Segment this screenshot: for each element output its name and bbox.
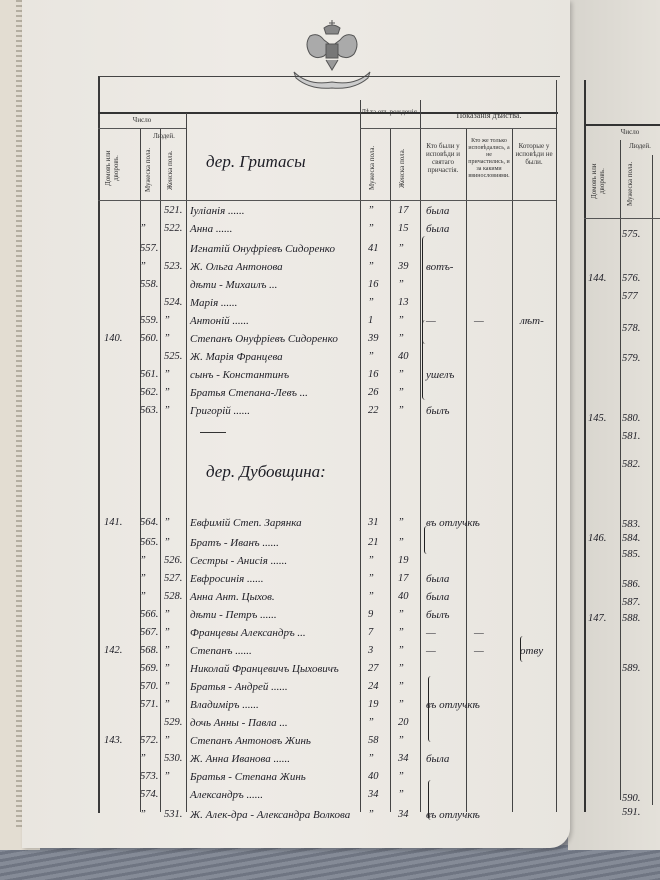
male-number: 559. bbox=[140, 315, 158, 326]
section-separator bbox=[200, 432, 226, 433]
female-number: ” bbox=[164, 609, 170, 620]
next-male-number: 582. bbox=[622, 459, 640, 470]
female-number: ” bbox=[164, 681, 170, 692]
header-bottom-rule bbox=[98, 200, 556, 201]
male-number: ” bbox=[140, 555, 146, 566]
col-divider-sex bbox=[160, 128, 161, 812]
female-number: ” bbox=[164, 387, 170, 398]
house-number: 140. bbox=[104, 333, 122, 344]
female-number: ” bbox=[164, 517, 170, 528]
age-female: ” bbox=[398, 699, 404, 710]
age-male: 16 bbox=[368, 369, 379, 380]
age-male: 26 bbox=[368, 387, 379, 398]
next-page-lyudey: Людей. bbox=[622, 142, 658, 150]
female-number: 528. bbox=[164, 591, 182, 602]
next-male-number: 585. bbox=[622, 549, 640, 560]
person-name: Николай Францевичъ Цыховичъ bbox=[190, 663, 339, 675]
next-male-number: 583. bbox=[622, 519, 640, 530]
person-name: Іуліанія ...... bbox=[190, 205, 244, 217]
male-number: ” bbox=[140, 261, 146, 272]
wooden-table-surface bbox=[0, 845, 660, 880]
age-female: 17 bbox=[398, 205, 409, 216]
age-female: ” bbox=[398, 663, 404, 674]
header-muzh: Мужеска пола. bbox=[144, 145, 158, 195]
age-male: ” bbox=[368, 591, 374, 602]
person-name: Братья Степана-Левъ ... bbox=[190, 387, 308, 399]
col-divider-age bbox=[390, 128, 391, 812]
male-number: 573. bbox=[140, 771, 158, 782]
age-male: 22 bbox=[368, 405, 379, 416]
note-col2: — bbox=[474, 627, 484, 639]
confession-note: была bbox=[426, 223, 449, 235]
age-female: ” bbox=[398, 517, 404, 528]
village-title-dubovshchina: дер. Дубовщина: bbox=[206, 462, 326, 482]
confession-note: — bbox=[426, 627, 436, 639]
age-female: ” bbox=[398, 369, 404, 380]
col-divider-right bbox=[556, 80, 557, 812]
col-divider-name bbox=[360, 100, 361, 812]
age-female: 40 bbox=[398, 591, 409, 602]
person-name: Игнатій Онуфріевъ Сидоренко bbox=[190, 243, 335, 255]
male-number: ” bbox=[140, 753, 146, 764]
age-male: ” bbox=[368, 205, 374, 216]
next-house-number: 147. bbox=[588, 613, 606, 624]
age-female: ” bbox=[398, 405, 404, 416]
header-leta: Лѣта отъ рожденія. bbox=[361, 108, 419, 116]
person-name: Степанъ Антоновъ Жинь bbox=[190, 735, 311, 747]
next-male-number: 586. bbox=[622, 579, 640, 590]
age-female: ” bbox=[398, 315, 404, 326]
person-name: Степанъ ...... bbox=[190, 645, 252, 657]
age-female: ” bbox=[398, 681, 404, 692]
female-number: ” bbox=[164, 405, 170, 416]
age-female: ” bbox=[398, 609, 404, 620]
female-number: ” bbox=[164, 771, 170, 782]
person-name: Ж. Ольга Антонова bbox=[190, 261, 283, 273]
person-name: Братъ - Иванъ ...... bbox=[190, 537, 279, 549]
header-pokazaniya: Показанія дѣйства. bbox=[422, 112, 556, 120]
female-number: ” bbox=[164, 663, 170, 674]
col-divider-people bbox=[186, 113, 187, 812]
age-female: 17 bbox=[398, 573, 409, 584]
age-male: ” bbox=[368, 717, 374, 728]
age-male: ” bbox=[368, 223, 374, 234]
note-col3: лѣт- bbox=[520, 315, 544, 327]
age-female: ” bbox=[398, 333, 404, 344]
male-number: 561. bbox=[140, 369, 158, 380]
person-name: Ж. Алек-дра - Александра Волкова bbox=[190, 809, 350, 821]
next-house-number: 144. bbox=[588, 273, 606, 284]
bracket-group-3 bbox=[424, 526, 430, 554]
age-male: 58 bbox=[368, 735, 379, 746]
person-name: дѣти - Михаилъ ... bbox=[190, 279, 277, 291]
next-male-number: 584. bbox=[622, 533, 640, 544]
female-number: ” bbox=[164, 315, 170, 326]
person-name: Антоній ...... bbox=[190, 315, 249, 327]
age-female: 13 bbox=[398, 297, 409, 308]
age-male: 27 bbox=[368, 663, 379, 674]
next-male-number: 580. bbox=[622, 413, 640, 424]
female-number: 530. bbox=[164, 753, 182, 764]
house-number: 143. bbox=[104, 735, 122, 746]
age-male: 39 bbox=[368, 333, 379, 344]
header-col1: Кто были у исповѣди и святаго причастія. bbox=[421, 142, 465, 174]
person-name: Владиміръ ...... bbox=[190, 699, 259, 711]
next-page-muzh: Мужеска пола. bbox=[626, 155, 640, 213]
female-number: 521. bbox=[164, 205, 182, 216]
confession-note: въ отлучкѣ bbox=[426, 809, 480, 821]
house-number: 142. bbox=[104, 645, 122, 656]
age-male: 3 bbox=[368, 645, 373, 656]
age-female: ” bbox=[398, 627, 404, 638]
male-number: 562. bbox=[140, 387, 158, 398]
female-number: ” bbox=[164, 735, 170, 746]
age-male: ” bbox=[368, 753, 374, 764]
person-name: Ж. Марія Францева bbox=[190, 351, 283, 363]
next-page-frame bbox=[584, 80, 586, 812]
confession-note: вотъ- bbox=[426, 261, 453, 273]
confession-note: — bbox=[426, 645, 436, 657]
age-female: ” bbox=[398, 771, 404, 782]
header-leta-zhen: Женска пола. bbox=[398, 140, 412, 196]
age-male: ” bbox=[368, 351, 374, 362]
next-page-col bbox=[620, 140, 621, 800]
bracket-group-6 bbox=[520, 636, 526, 662]
next-male-number: 589. bbox=[622, 663, 640, 674]
col-divider-age2 bbox=[420, 100, 421, 812]
village-title-gritasy: дер. Гритасы bbox=[206, 152, 306, 172]
age-male: ” bbox=[368, 261, 374, 272]
age-female: ” bbox=[398, 645, 404, 656]
person-name: Григорій ...... bbox=[190, 405, 250, 417]
next-page-col2 bbox=[652, 155, 653, 805]
age-male: ” bbox=[368, 573, 374, 584]
bracket-group-4 bbox=[428, 676, 434, 742]
male-number: ” bbox=[140, 573, 146, 584]
header-col2: Кто же только исповѣдались, а не причаст… bbox=[467, 138, 511, 180]
next-page-rule bbox=[584, 124, 660, 126]
age-female: ” bbox=[398, 279, 404, 290]
bracket-group-2 bbox=[422, 320, 429, 400]
header-zhen: Женска пола. bbox=[166, 145, 180, 195]
age-male: 21 bbox=[368, 537, 379, 548]
age-female: ” bbox=[398, 537, 404, 548]
age-female: 40 bbox=[398, 351, 409, 362]
male-number: 565. bbox=[140, 537, 158, 548]
female-number: 524. bbox=[164, 297, 182, 308]
next-male-number: 590. bbox=[622, 793, 640, 804]
next-house-number: 145. bbox=[588, 413, 606, 424]
age-male: ” bbox=[368, 297, 374, 308]
male-number: 567. bbox=[140, 627, 158, 638]
male-number: 560. bbox=[140, 333, 158, 344]
male-number: ” bbox=[140, 223, 146, 234]
person-name: Францевы Александръ ... bbox=[190, 627, 306, 639]
age-male: 19 bbox=[368, 699, 379, 710]
age-female: ” bbox=[398, 243, 404, 254]
male-number: 557. bbox=[140, 243, 158, 254]
next-male-number: 587. bbox=[622, 597, 640, 608]
age-male: ” bbox=[368, 555, 374, 566]
next-page-header-rule bbox=[584, 218, 660, 219]
female-number: 527. bbox=[164, 573, 182, 584]
male-number: 572. bbox=[140, 735, 158, 746]
age-male: 24 bbox=[368, 681, 379, 692]
person-name: Марія ...... bbox=[190, 297, 237, 309]
person-name: сынъ - Константинъ bbox=[190, 369, 289, 381]
male-number: ” bbox=[140, 591, 146, 602]
person-name: Степанъ Онуфріевъ Сидоренко bbox=[190, 333, 338, 345]
confession-note: былъ bbox=[426, 405, 450, 417]
female-number: ” bbox=[164, 369, 170, 380]
female-number: 522. bbox=[164, 223, 182, 234]
person-name: Анна Ант. Цыхов. bbox=[190, 591, 275, 603]
age-female: ” bbox=[398, 735, 404, 746]
age-male: ” bbox=[368, 809, 374, 820]
col-divider-pok2 bbox=[512, 128, 513, 812]
age-male: 9 bbox=[368, 609, 373, 620]
next-male-number: 581. bbox=[622, 431, 640, 442]
bracket-group-5 bbox=[428, 780, 434, 820]
house-number: 141. bbox=[104, 517, 122, 528]
male-number: 566. bbox=[140, 609, 158, 620]
person-name: Братья - Степана Жинь bbox=[190, 771, 306, 783]
person-name: Анна ...... bbox=[190, 223, 232, 235]
confession-note: былъ bbox=[426, 609, 450, 621]
header-lyudey: Людей. bbox=[142, 132, 186, 140]
next-male-number: 578. bbox=[622, 323, 640, 334]
next-male-number: 579. bbox=[622, 353, 640, 364]
header-col3: Которые у исповѣди не были. bbox=[513, 142, 555, 166]
person-name: Евфимій Степ. Зарянка bbox=[190, 517, 302, 529]
person-name: дочь Анны - Павла ... bbox=[190, 717, 288, 729]
next-page-chislo: Число bbox=[600, 128, 660, 136]
female-number: 526. bbox=[164, 555, 182, 566]
next-male-number: 576. bbox=[622, 273, 640, 284]
female-number: 525. bbox=[164, 351, 182, 362]
male-number: 574. bbox=[140, 789, 158, 800]
age-female: ” bbox=[398, 387, 404, 398]
female-number: ” bbox=[164, 537, 170, 548]
age-male: 34 bbox=[368, 789, 379, 800]
female-number: ” bbox=[164, 699, 170, 710]
note-col2: — bbox=[474, 645, 484, 657]
age-male: 31 bbox=[368, 517, 379, 528]
female-number: ” bbox=[164, 333, 170, 344]
male-number: 568. bbox=[140, 645, 158, 656]
next-male-number: 591. bbox=[622, 807, 640, 818]
header-chislo: Число bbox=[100, 116, 184, 124]
female-number: ” bbox=[164, 645, 170, 656]
age-female: 39 bbox=[398, 261, 409, 272]
male-number: 569. bbox=[140, 663, 158, 674]
age-male: 7 bbox=[368, 627, 373, 638]
age-male: 41 bbox=[368, 243, 379, 254]
next-male-number: 575. bbox=[622, 229, 640, 240]
person-name: Братья - Андрей ...... bbox=[190, 681, 288, 693]
female-number: 529. bbox=[164, 717, 182, 728]
male-number: 563. bbox=[140, 405, 158, 416]
header-domov: Домовъ или дворовъ. bbox=[104, 140, 134, 196]
next-male-number: 577 bbox=[622, 291, 638, 302]
person-name: дѣти - Петръ ...... bbox=[190, 609, 277, 621]
female-number: 523. bbox=[164, 261, 182, 272]
next-page-domov: Домовъ или дворовъ. bbox=[590, 150, 618, 212]
confession-note: была bbox=[426, 573, 449, 585]
confession-note: въ отлучкѣ bbox=[426, 699, 480, 711]
age-female: 15 bbox=[398, 223, 409, 234]
confession-note: была bbox=[426, 753, 449, 765]
confession-note: въ отлучкѣ bbox=[426, 517, 480, 529]
person-name: Сестры - Анисія ...... bbox=[190, 555, 287, 567]
age-male: 40 bbox=[368, 771, 379, 782]
confession-note: была bbox=[426, 591, 449, 603]
age-female: 34 bbox=[398, 809, 409, 820]
male-number: 558. bbox=[140, 279, 158, 290]
age-female: ” bbox=[398, 789, 404, 800]
age-male: 1 bbox=[368, 315, 373, 326]
person-name: Александръ ...... bbox=[190, 789, 263, 801]
header-leta-muzh: Мужеска пола. bbox=[368, 140, 382, 196]
age-female: 20 bbox=[398, 717, 409, 728]
next-house-number: 146. bbox=[588, 533, 606, 544]
confession-note: была bbox=[426, 205, 449, 217]
female-number: ” bbox=[164, 627, 170, 638]
age-female: 19 bbox=[398, 555, 409, 566]
next-male-number: 588. bbox=[622, 613, 640, 624]
male-number: 564. bbox=[140, 517, 158, 528]
confession-note: ушелъ bbox=[426, 369, 454, 381]
header-subrule-left bbox=[98, 128, 186, 129]
male-number: 571. bbox=[140, 699, 158, 710]
male-number: 570. bbox=[140, 681, 158, 692]
header-subrule-right bbox=[360, 128, 556, 129]
age-female: 34 bbox=[398, 753, 409, 764]
person-name: Ж. Анна Иванова ...... bbox=[190, 753, 290, 765]
age-male: 16 bbox=[368, 279, 379, 290]
female-number: 531. bbox=[164, 809, 182, 820]
note-col2: — bbox=[474, 315, 484, 327]
person-name: Евфросинія ...... bbox=[190, 573, 264, 585]
male-number: ” bbox=[140, 809, 146, 820]
